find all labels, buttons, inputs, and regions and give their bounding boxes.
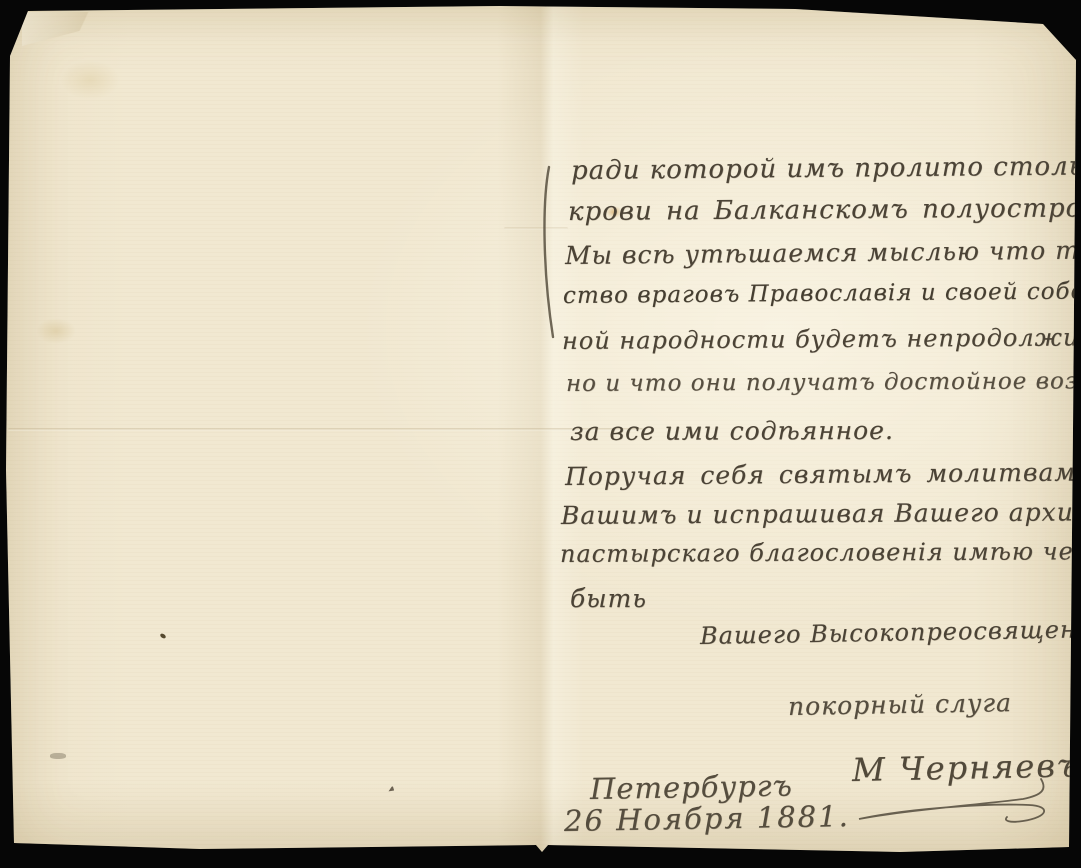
handwriting-line: крови на Балканскомъ полуостровѣ.— <box>568 193 1081 227</box>
paper-stain <box>60 60 120 100</box>
letter-paper: ради которой имъ пролито столько крови н… <box>0 0 1081 868</box>
handwriting-line: Мы всѣ утѣшаемся мыслью что торже- <box>565 235 1081 270</box>
paper-stain <box>36 318 76 344</box>
handwriting-line: но и что они получатъ достойное возмезді… <box>566 368 1081 397</box>
handwriting-line: Вашимъ и испрашивая Вашего архи- <box>561 497 1081 530</box>
handwriting-line: за все ими содѣянное. <box>570 416 894 446</box>
handwriting-line: Поручая себя святымъ молитвамъ <box>565 457 1081 491</box>
closing-line-valediction: покорный слуга <box>788 688 1012 721</box>
handwriting-line: ство враговъ Православія и своей собстве… <box>563 278 1081 309</box>
horizontal-fold-crease <box>8 428 643 431</box>
handwriting-line: быть <box>570 584 647 613</box>
handwriting-line: ной народности будетъ непродолжитель- <box>562 323 1081 355</box>
handwriting-line: ради которой имъ пролито столько <box>571 151 1081 186</box>
signature-flourish <box>845 775 1060 830</box>
blank-left-page <box>0 0 540 868</box>
pencil-mark <box>50 753 66 759</box>
vertical-ink-stroke-mark <box>538 163 560 343</box>
date-line: 26 Ноября 1881. <box>564 799 850 838</box>
photo-background: ради которой имъ пролито столько крови н… <box>0 0 1081 868</box>
handwriting-line: пастырскаго благословенія имѣю честь <box>560 537 1081 568</box>
